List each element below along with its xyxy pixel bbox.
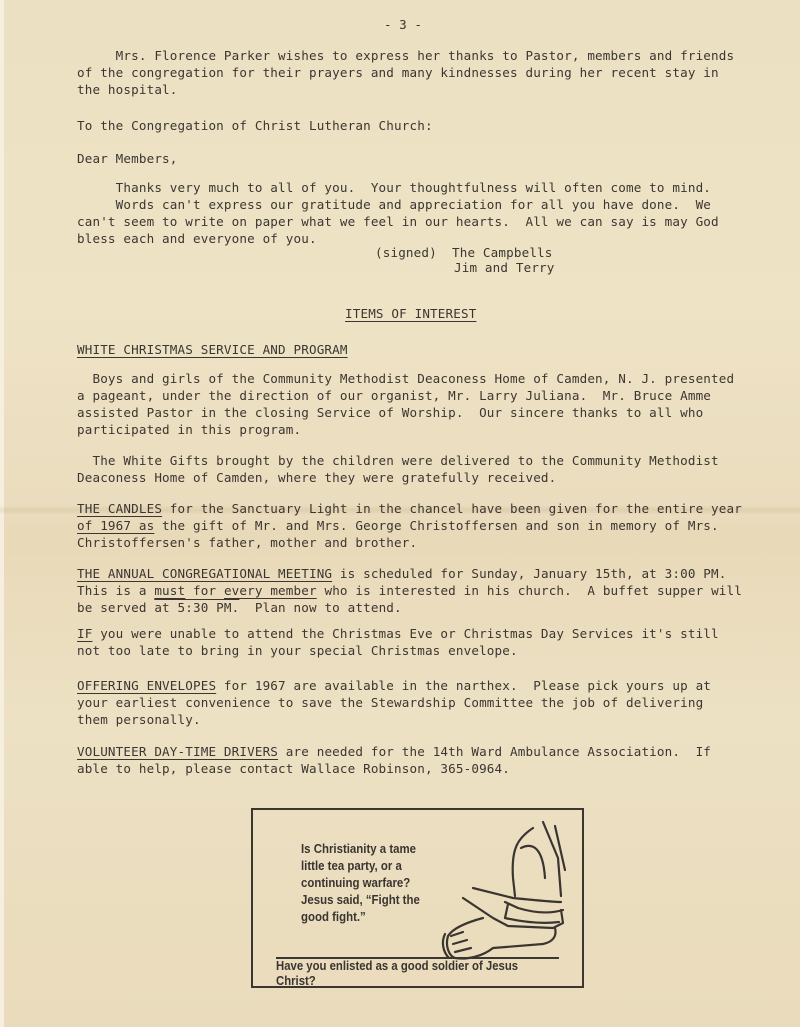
text-line: Deaconess Home of Camden, where they wer…: [77, 469, 556, 487]
text-line: Boys and girls of the Community Methodis…: [77, 370, 734, 388]
text-line: VOLUNTEER DAY-TIME DRIVERS are needed fo…: [77, 743, 711, 761]
item-lead: THE ANNUAL CONGREGATIONAL MEETING: [77, 566, 332, 581]
text-span: the gift of Mr. and Mrs. George Christof…: [154, 518, 718, 533]
text-line: IF you were unable to attend the Christm…: [77, 625, 719, 643]
item-lead: VOLUNTEER DAY-TIME DRIVERS: [77, 744, 278, 759]
text-line: Thanks very much to all of you. Your tho…: [77, 179, 711, 197]
text-span: be served: [77, 600, 154, 615]
text-line: participated in this program.: [77, 421, 301, 439]
text-span: This is a: [77, 583, 154, 598]
text-line: THE CANDLES for the Sanctuary Light in t…: [77, 500, 742, 518]
text-line: not too late to bring in your special Ch…: [77, 642, 518, 660]
letter-addressee: To the Congregation of Christ Lutheran C…: [77, 117, 433, 135]
text-line: the hospital.: [77, 81, 178, 99]
text-line: Mrs. Florence Parker wishes to express h…: [77, 47, 734, 65]
item-lead: THE CANDLES: [77, 501, 162, 516]
item-lead: IF: [77, 626, 92, 641]
text-line: them personally.: [77, 711, 201, 729]
text-line: bless each and everyone of you.: [77, 230, 317, 248]
text-span: for the Sanctuary Light in the chancel h…: [162, 501, 742, 516]
text-span: of 1967 as: [77, 518, 154, 533]
text-line: of the congregation for their prayers an…: [77, 64, 719, 82]
text-line: able to help, please contact Wallace Rob…: [77, 760, 510, 778]
text-span: is scheduled for Sunday, January 15th, a…: [332, 566, 726, 581]
text-line: of 1967 as the gift of Mr. and Mrs. Geor…: [77, 517, 719, 535]
rolled-up-sleeve-arm-fist-icon: [393, 818, 583, 963]
text-line: OFFERING ENVELOPES for 1967 are availabl…: [77, 677, 711, 695]
signed-label: (signed): [375, 244, 437, 262]
section-heading: ITEMS OF INTEREST: [345, 305, 476, 323]
text-span: not: [77, 643, 100, 658]
text-line: assisted Pastor in the closing Service o…: [77, 404, 703, 422]
text-span: every member: [224, 583, 317, 598]
item-title: WHITE CHRISTMAS SERVICE AND PROGRAM: [77, 341, 348, 359]
text-span: you were unable to attend the Christmas …: [92, 626, 718, 641]
text-span: at 5:30 PM.: [154, 600, 239, 615]
text-span: for: [185, 583, 224, 598]
page-number: - 3 -: [384, 17, 422, 32]
text-line: Words can't express our gratitude and ap…: [77, 196, 711, 214]
text-line: be served at 5:30 PM. Plan now to attend…: [77, 599, 402, 617]
text-span: too late to bring in your special Christ…: [100, 643, 518, 658]
text-span: who is interested in his church. A buffe…: [317, 583, 742, 598]
text-span: are needed for the 14th Ward Ambulance A…: [278, 744, 711, 759]
text-line: your earliest convenience to save the St…: [77, 694, 703, 712]
letter-greeting: Dear Members,: [77, 150, 178, 168]
text-line: can't seem to write on paper what we fee…: [77, 213, 719, 231]
text-line: Christoffersen's father, mother and brot…: [77, 534, 417, 552]
text-line: This is a must for every member who is i…: [77, 582, 742, 600]
clipart-caption: Have you enlisted as a good soldier of J…: [276, 957, 559, 986]
item-lead: OFFERING ENVELOPES: [77, 678, 216, 693]
text-span: Plan now to attend.: [239, 600, 401, 615]
text-line: The White Gifts brought by the children …: [77, 452, 719, 470]
signature-names: Jim and Terry: [454, 259, 555, 277]
text-span: for 1967 are available in the narthex. P…: [216, 678, 711, 693]
text-span: must: [154, 583, 185, 598]
text-line: THE ANNUAL CONGREGATIONAL MEETING is sch…: [77, 565, 727, 583]
text-line: a pageant, under the direction of our or…: [77, 387, 711, 405]
clipart-box: Is Christianity a tame little tea party,…: [251, 808, 584, 988]
